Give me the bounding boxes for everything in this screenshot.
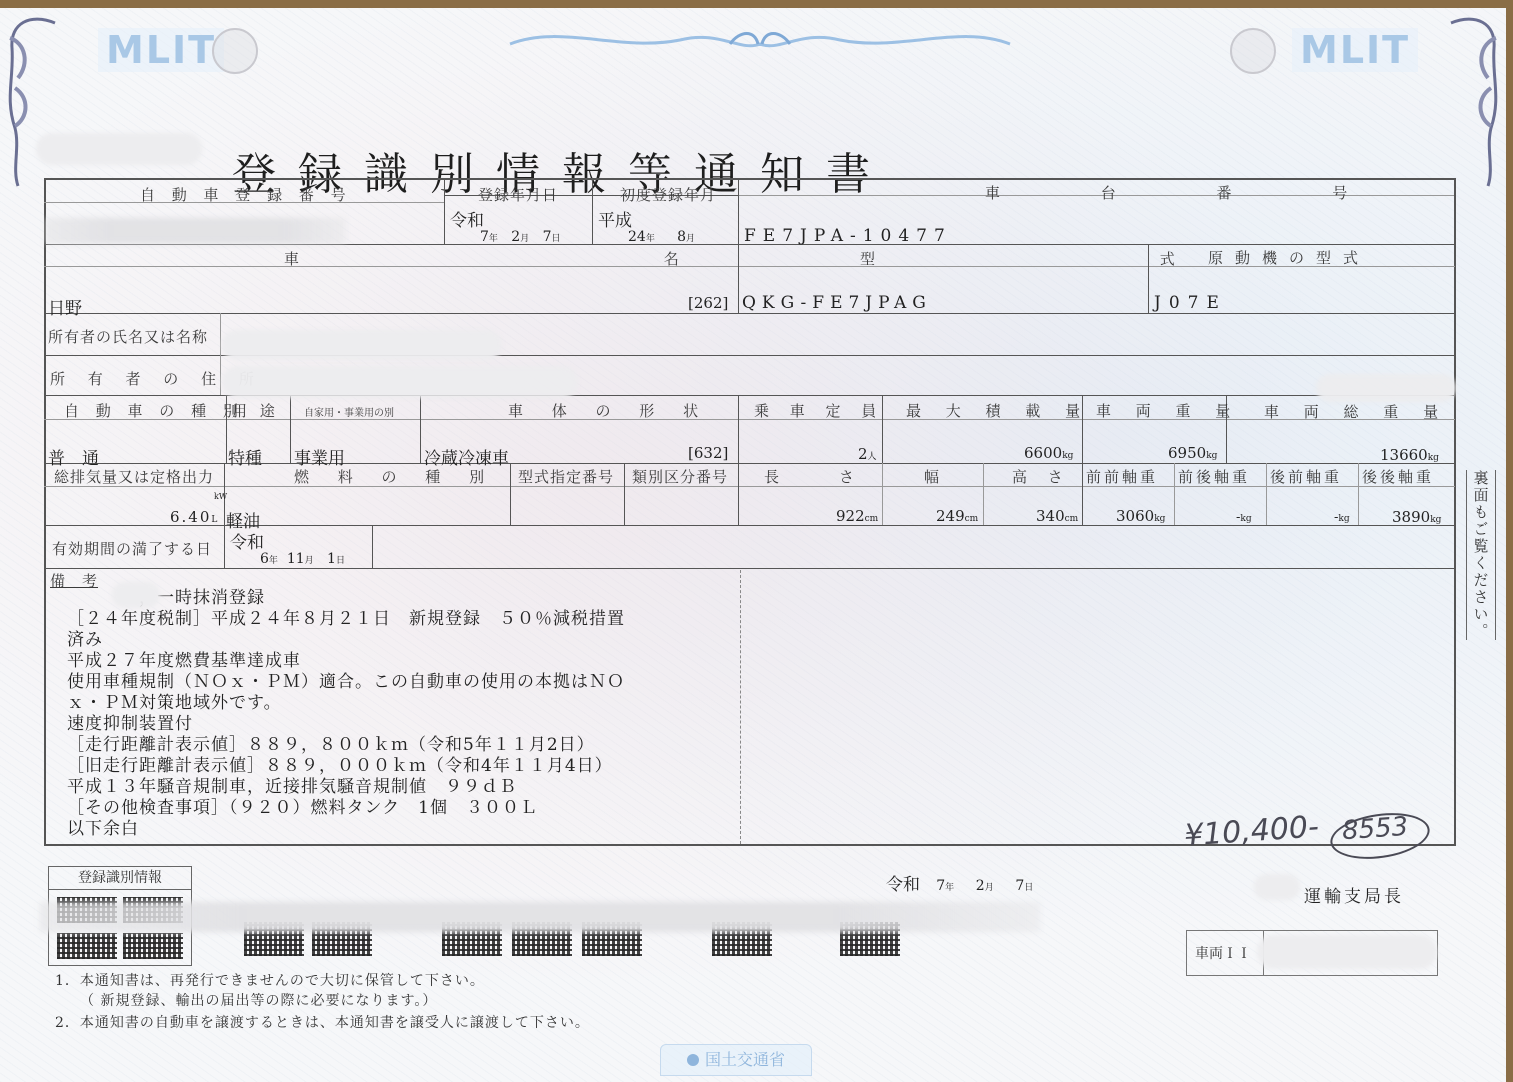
label-max-load: 最 大 積 載 量 <box>906 400 1090 421</box>
label-rr-axle: 後後軸重 <box>1362 466 1434 487</box>
rr-axle: 3890kg <box>1392 508 1441 526</box>
remarks-line: ［その他検査事項］（９２０）燃料タンク 1個 ３００Ｌ <box>67 798 625 819</box>
side-note-see-back: 裏面もご覧ください。 <box>1466 470 1496 640</box>
label-category-number: 類別区分番号 <box>632 466 728 487</box>
ff-axle: 3060kg <box>1116 507 1165 525</box>
redacted-qr-strip <box>40 902 1040 932</box>
engine-model: J07E <box>1154 293 1227 313</box>
remarks-line: ［２４年度税制］平成２４年８月２１日 新規登録 ５０％減税措置 <box>67 609 625 630</box>
label-car-name: 車 名 <box>284 248 859 269</box>
remarks-line: 平成２７年度燃費基準達成車 <box>67 651 625 672</box>
mlit-watermark-right: MLIT <box>1292 28 1418 72</box>
remarks-line: ［走行距離計表示値］８８９，８００ｋｍ（令和5年１１月2日） <box>67 735 625 756</box>
redacted-corner <box>1316 374 1456 402</box>
redacted-remarks-date <box>112 582 160 608</box>
first-registration-date: 24年 8月 <box>628 229 695 245</box>
registration-info-label: 登録識別情報 <box>49 867 191 890</box>
label-type-designation: 型式指定番号 <box>518 466 614 487</box>
redacted-owner-name <box>222 330 502 360</box>
label-displacement: 総排気量又は定格出力 <box>54 466 214 487</box>
ministry-name: 国土交通省 <box>705 1050 785 1069</box>
corner-ornament-right-icon <box>1446 8 1506 188</box>
expiry-date: 6年 11月 1日 <box>260 551 345 567</box>
remarks-line: ｘ・ＰＭ対策地域外です。 <box>67 693 625 714</box>
ministry-logo-icon <box>687 1054 699 1066</box>
displacement: 6.40L <box>170 508 219 526</box>
remarks-text: ，一時抹消登録 ［２４年度税制］平成２４年８月２１日 新規登録 ５０％減税措置 … <box>67 588 625 840</box>
label-gross-weight: 車 両 総 重 量 <box>1264 401 1448 422</box>
capacity: 2人 <box>858 445 877 463</box>
label-length: 長 さ <box>764 466 854 487</box>
label-registration-number: 自 動 車 登 録 番 号 <box>140 184 352 205</box>
label-ff-axle: 前前軸重 <box>1086 466 1158 487</box>
label-chassis-number: 車 台 番 号 <box>985 182 1395 203</box>
redacted-vehicle-id <box>1257 935 1437 969</box>
qr-code-icon <box>123 933 183 959</box>
vehicle-id-box: 車両ＩＩ <box>1186 930 1438 976</box>
length: 922cm <box>836 507 878 525</box>
handwritten-amount: ¥10,400- <box>1183 809 1320 853</box>
car-name: 日野 <box>48 294 82 319</box>
redacted-owner-address <box>222 366 578 398</box>
remarks-line: 済み <box>67 630 625 651</box>
label-engine-model: 原動機の型式 <box>1208 247 1370 268</box>
expiry-era: 令和 <box>230 528 264 553</box>
label-registration-date: 登録年月日 <box>478 184 558 205</box>
fr-axle: -kg <box>1236 510 1252 525</box>
label-width: 幅 <box>924 466 945 487</box>
document-paper: MLIT MLIT 登録識別情報等通知書 <box>0 8 1506 1082</box>
label-vehicle-type: 自 動 車 の 種 別 <box>64 400 244 421</box>
label-fr-axle: 前後軸重 <box>1178 466 1250 487</box>
remarks-line: 使用車種規制（ＮＯｘ・ＰＭ）適合。この自動車の使用の本拠はＮＯ <box>67 672 625 693</box>
max-load: 6600kg <box>1024 444 1073 462</box>
label-rf-axle: 後前軸重 <box>1270 466 1342 487</box>
use: 特種 <box>228 444 262 469</box>
registration-date: 7年 2月 7日 <box>480 229 561 245</box>
vehicle-weight: 6950kg <box>1168 444 1217 462</box>
note-1-sub: （ 新規登録、輸出の届出等の際に必要になります。） <box>80 990 437 1010</box>
label-use: 用 途 <box>232 400 279 421</box>
issue-date: 令和 7年 2月 7日 <box>886 870 1033 895</box>
handwritten-circled-number: 8553 <box>1341 812 1409 847</box>
height: 340cm <box>1036 507 1078 525</box>
first-registration-era: 平成 <box>598 206 632 231</box>
label-capacity: 乗 車 定 員 <box>754 400 884 421</box>
note-1: 1．本通知書は、再発行できませんので大切に保管して下さい。 <box>55 970 485 990</box>
remarks-line: ［旧走行距離計表示値］８８９，０００ｋｍ（令和4年１１月4日） <box>67 756 625 777</box>
ministry-footer-logo: 国土交通省 <box>660 1044 812 1076</box>
redacted-registration-number <box>46 218 346 244</box>
registration-date-era: 令和 <box>450 206 484 231</box>
mlit-watermark-left: MLIT <box>98 28 224 72</box>
note-2: 2．本通知書の自動車を譲渡するときは、本通知書を譲受人に譲渡して下さい。 <box>55 1012 590 1032</box>
label-owner-name: 所有者の氏名又は名称 <box>48 326 208 347</box>
label-private-business: 自家用・事業用の別 <box>304 404 394 419</box>
gross-weight: 13660kg <box>1380 446 1439 464</box>
model: QKG-FE7JPAG <box>742 293 932 313</box>
label-body-shape: 車 体 の 形 状 <box>508 400 710 421</box>
qr-code-icon <box>57 933 117 959</box>
chassis-number: FE7JPA-10477 <box>744 226 952 246</box>
body-shape-code: [632] <box>688 444 728 462</box>
label-vehicle-weight: 車 両 重 量 <box>1096 400 1240 421</box>
issuer: 運輸支局長 <box>1304 882 1404 907</box>
label-height: 高 さ <box>1012 466 1071 487</box>
vehicle-id-label: 車両ＩＩ <box>1195 943 1251 963</box>
emblem-left-icon <box>212 28 258 74</box>
width: 249cm <box>936 507 978 525</box>
remarks-line: 速度抑制装置付 <box>67 714 625 735</box>
emblem-right-icon <box>1230 28 1276 74</box>
remarks-line: 平成１３年騒音規制車，近接排気騒音規制値 ９９ｄＢ <box>67 777 625 798</box>
redacted-office-name <box>36 133 202 165</box>
redacted-bureau-name <box>1254 874 1300 900</box>
label-fuel: 燃 料 の 種 別 <box>294 466 496 487</box>
displacement-unit-kw: kW <box>214 492 227 501</box>
top-flourish-icon <box>500 22 1020 62</box>
remarks-line: 以下余白 <box>67 819 625 840</box>
label-first-registration: 初度登録年月 <box>620 184 716 205</box>
car-name-code: [262] <box>688 294 728 312</box>
label-expiry: 有効期間の満了する日 <box>52 538 212 559</box>
rf-axle: -kg <box>1334 510 1350 525</box>
